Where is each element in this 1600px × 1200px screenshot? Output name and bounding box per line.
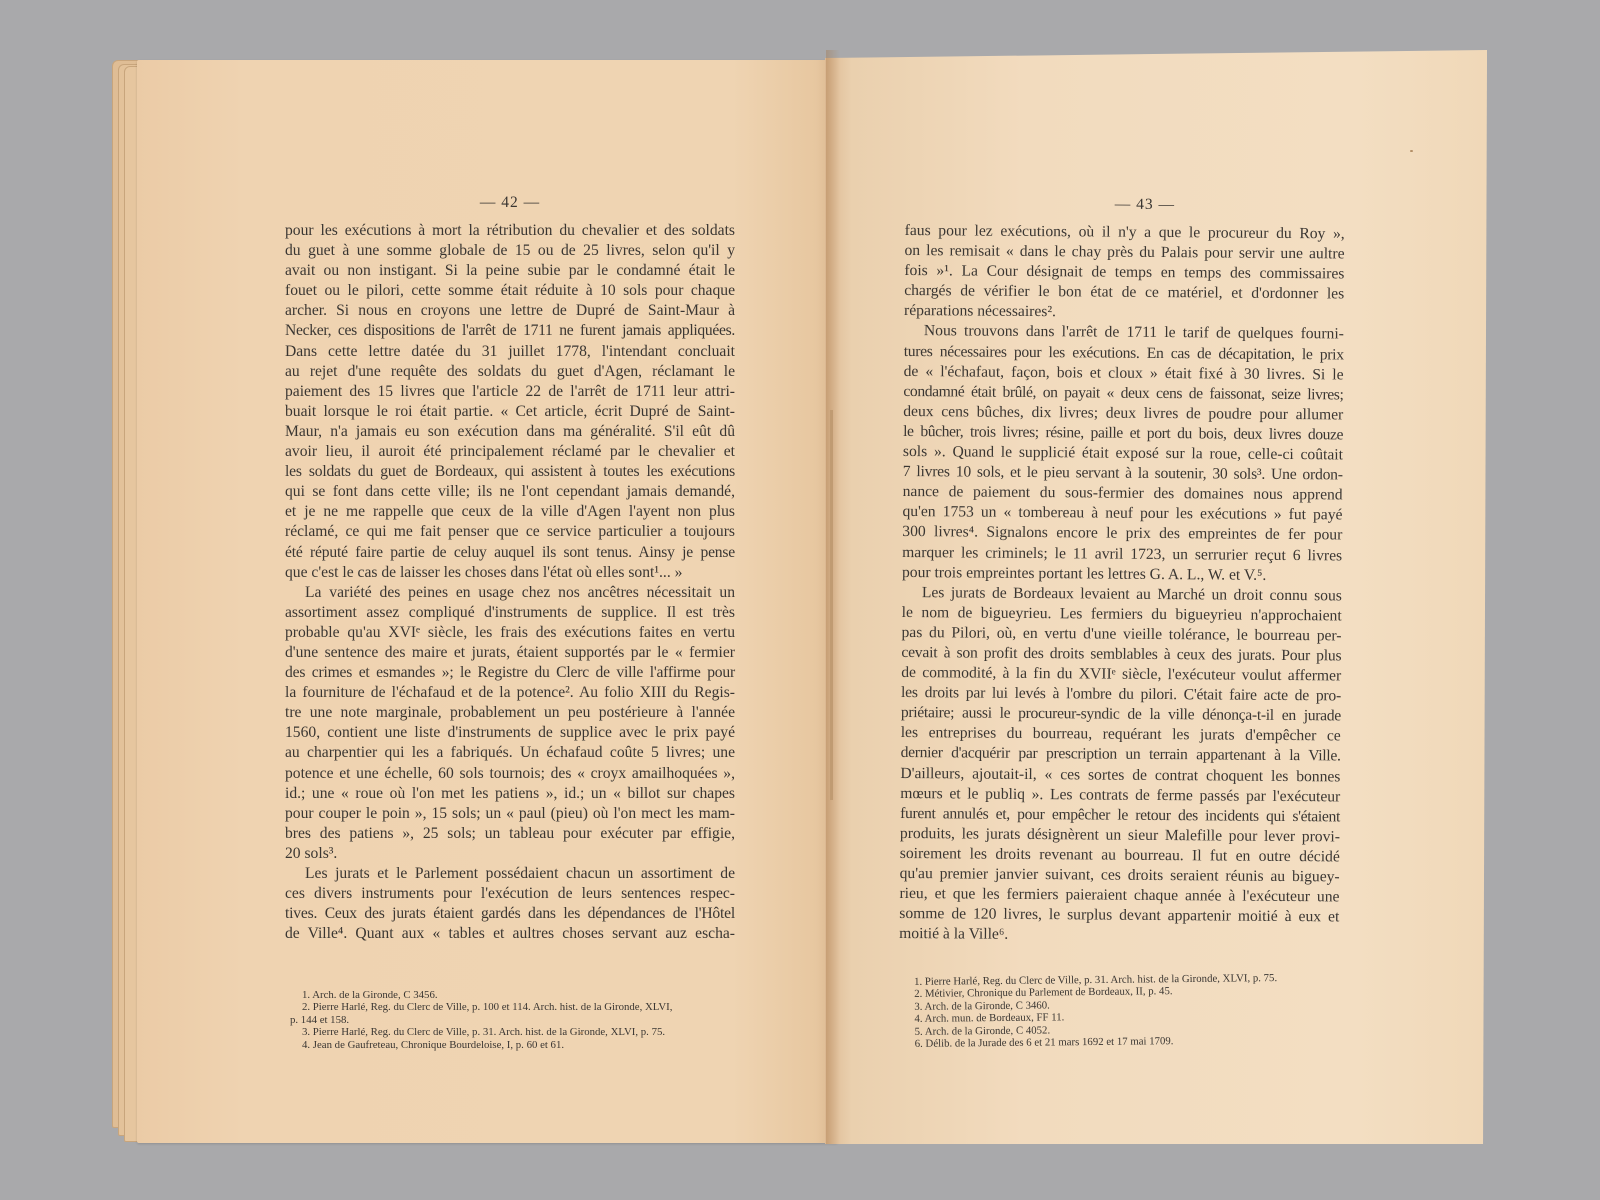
footnote: 2. Pierre Harlé, Reg. du Clerc de Ville,… [290, 1001, 738, 1013]
footnote-continuation: p. 144 et 158. [290, 1014, 738, 1026]
text-line: Dans cette lettre datée du 31 juillet 17… [285, 342, 735, 362]
text-line: les soldats du guet de Bordeaux, qui ass… [285, 462, 735, 482]
text-line: des crimes et esmandes »; le Registre du… [285, 663, 735, 683]
text-line: paiement des 15 livres que l'article 22 … [285, 382, 735, 402]
text-line: dernier d'acquérir par prescription un t… [901, 743, 1341, 767]
text-line: 300 livres⁴. Signalons encore le prix de… [902, 522, 1342, 546]
text-line: 20 sols³. [285, 844, 735, 864]
text-line: la fourniture de l'échafaud et de la pot… [285, 683, 735, 703]
paper-speck [580, 1032, 583, 1034]
text-line: moitié à la Ville⁶. [899, 924, 1339, 948]
text-line: probable qu'au XVIᵉ siècle, les frais de… [285, 623, 735, 643]
text-line: d'une sentence des maire et jurats, étai… [285, 643, 735, 663]
text-line: assortiment assez compliqué d'instrument… [285, 603, 735, 623]
book-spine-fold [830, 410, 833, 800]
text-line: pour couper le poin », 15 sols; un « pau… [285, 804, 735, 824]
page-number: — 43 — [905, 193, 1345, 224]
open-book: — 42 — pour les exécutions à mort la rét… [0, 0, 1600, 1200]
text-line: de Ville⁴. Quant aux « tables et aultres… [285, 924, 735, 944]
right-page-body: — 43 — faus pour lez exécutions, où il n… [899, 193, 1345, 948]
text-line: pour les exécutions à mort la rétributio… [285, 221, 735, 241]
text-line: et je ne me rappelle que ceux de la vill… [285, 502, 735, 522]
text-line: 1560, contient une liste d'instruments d… [285, 723, 735, 743]
text-line: réclamé, ce qui me fait penser que ce se… [285, 522, 735, 542]
book-gutter-shadow [826, 50, 840, 1144]
text-line: Necker, ces dispositions de l'arrêt de 1… [285, 321, 735, 341]
text-line: avoir lieu, il auroit été principalement… [285, 442, 735, 462]
text-line: au charpentier qui les a fabriqués. Un é… [285, 743, 735, 763]
text-line: au rejet d'une requête des soldats du gu… [285, 362, 735, 382]
text-line: archer. Si nous en croyons une lettre de… [285, 301, 735, 321]
footnote: 4. Jean de Gaufreteau, Chronique Bourdel… [290, 1039, 738, 1051]
text-line: potence et une échelle, 60 sols tournois… [285, 764, 735, 784]
text-line: tives. Ceux des jurats étaient gardés da… [285, 904, 735, 924]
text-line: fouet ou le pilori, cette somme était ré… [285, 281, 735, 301]
left-page-footnotes: 1. Arch. de la Gironde, C 3456. 2. Pierr… [290, 989, 738, 1051]
paragraph-start: La variété des peines en usage chez nos … [285, 583, 735, 603]
left-page-body: — 42 — pour les exécutions à mort la rét… [285, 193, 735, 944]
text-line: qui se font dans cette ville; ils ne l'o… [285, 482, 735, 502]
text-line: que c'est le cas de laisser les choses d… [285, 563, 735, 583]
text-line: tre une note marginale, probablement un … [285, 703, 735, 723]
left-page: — 42 — pour les exécutions à mort la rét… [137, 60, 837, 1143]
text-line: buait lorsque le roi était partie. « Cet… [285, 402, 735, 422]
paper-speck [1410, 150, 1413, 152]
page-number: — 42 — [285, 193, 735, 221]
right-page-footnotes: 1. Pierre Harlé, Reg. du Clerc de Ville,… [902, 971, 1358, 1050]
text-line: id.; une « roue où l'on met les patiens … [285, 784, 735, 804]
footnote: 3. Pierre Harlé, Reg. du Clerc de Ville,… [290, 1026, 738, 1038]
paragraph-start: Nous trouvons dans l'arrêt de 1711 le ta… [904, 321, 1344, 345]
footnote: 1. Arch. de la Gironde, C 3456. [290, 989, 738, 1001]
paragraph-start: Les jurats et le Parlement possédaient c… [285, 864, 735, 884]
text-line: bres des patiens », 25 sols; un tableau … [285, 824, 735, 844]
right-page: — 43 — faus pour lez exécutions, où il n… [825, 50, 1487, 1144]
text-line: ces divers instruments pour l'exécution … [285, 884, 735, 904]
text-line: été réputé faire partie de celuy auquel … [285, 543, 735, 563]
text-line: Maur, n'a jamais eu son exécution dans m… [285, 422, 735, 442]
text-line: du guet à une somme globale de 15 ou de … [285, 241, 735, 261]
text-line: avait ou non instigant. Si la peine subi… [285, 261, 735, 281]
